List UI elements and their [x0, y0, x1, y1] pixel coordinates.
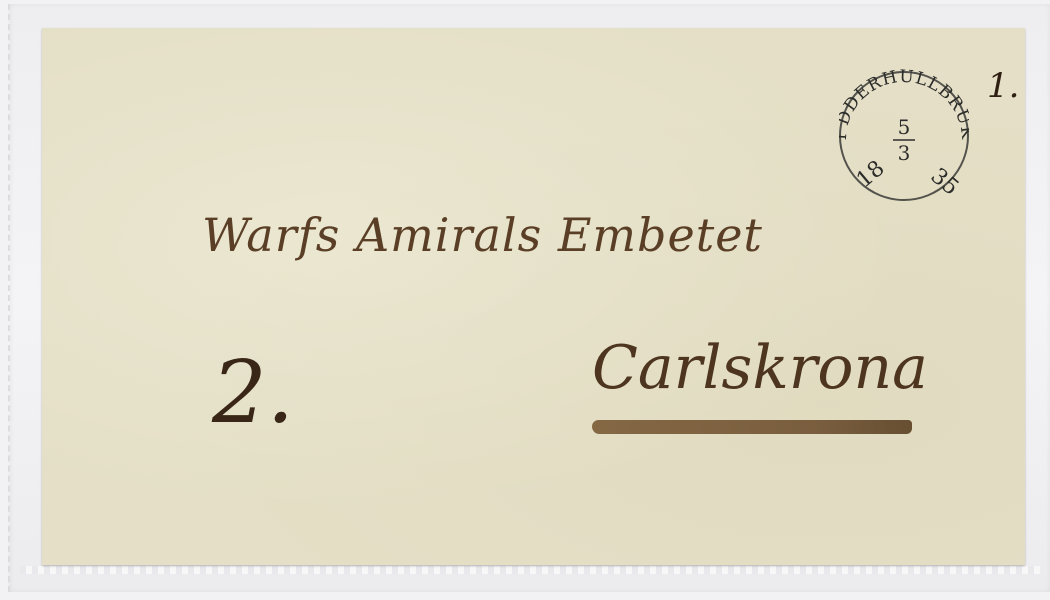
- postmark-day: 5: [898, 115, 911, 139]
- postmark-year-right: 35: [926, 164, 964, 201]
- envelope: 1. I DDERHULLBRUK 5 3 18 35 Warfs Amiral…: [42, 28, 1025, 565]
- corner-mark: 1.: [987, 66, 1019, 106]
- city-underline: [592, 420, 912, 434]
- postage-rate-mark: 2.: [212, 343, 294, 443]
- sleeve-seam: [20, 566, 1040, 574]
- destination-city: Carlskrona: [592, 333, 928, 403]
- postmark-stamp: I DDERHULLBRUK 5 3 18 35: [839, 56, 969, 206]
- postmark-year-left: 18: [852, 156, 890, 193]
- postmark-month: 3: [898, 141, 911, 165]
- addressee: Warfs Amirals Embetet: [202, 208, 763, 262]
